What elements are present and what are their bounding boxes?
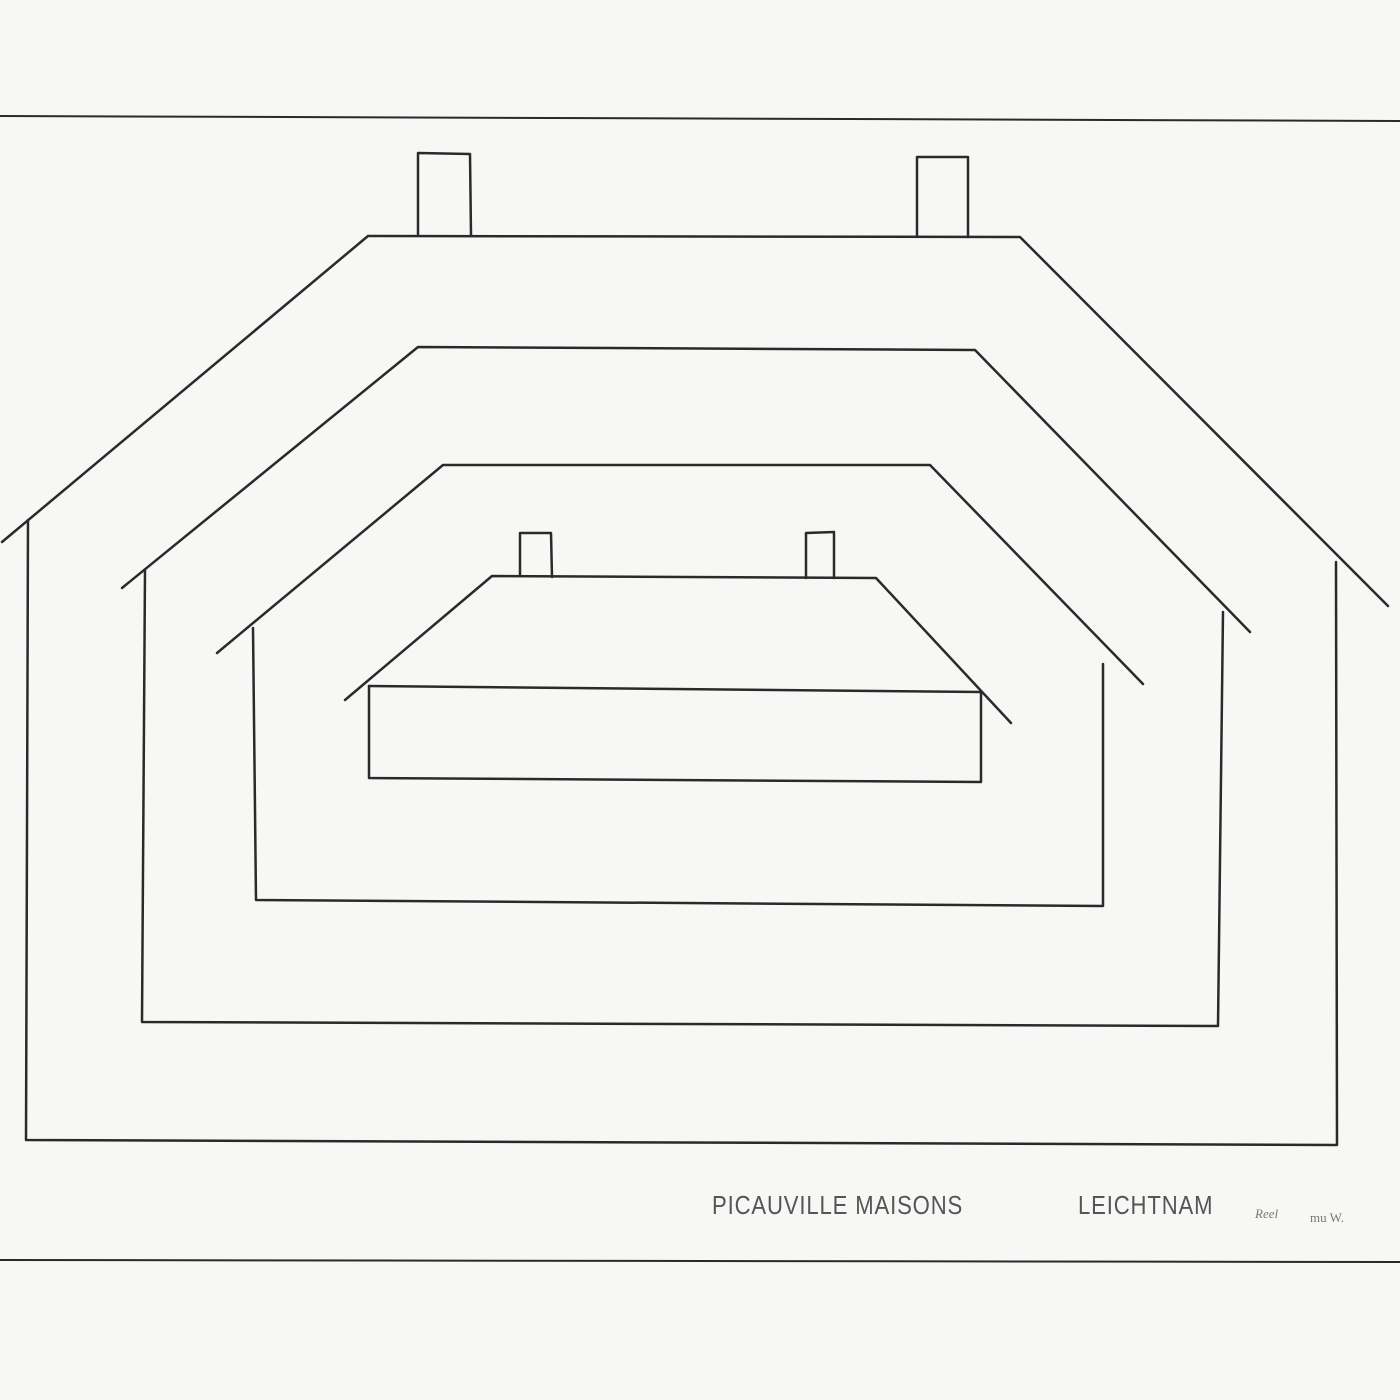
top-border-line: [0, 116, 1400, 121]
chimney-icon: [806, 532, 834, 578]
chimney-icon: [418, 153, 471, 235]
caption-title: PICAUVILLE MAISONS: [712, 1190, 963, 1221]
caption-note-2: mu W.: [1310, 1210, 1344, 1226]
caption-note: Reel: [1255, 1206, 1278, 1222]
bottom-border-line: [0, 1260, 1400, 1262]
chimney-icon: [520, 533, 552, 577]
house-second: [122, 347, 1250, 1026]
house-third: [217, 465, 1143, 906]
house-inner: [345, 532, 1011, 782]
house-outer: [2, 153, 1388, 1145]
chimney-icon: [917, 157, 968, 237]
caption-author: LEICHTNAM: [1078, 1190, 1213, 1221]
